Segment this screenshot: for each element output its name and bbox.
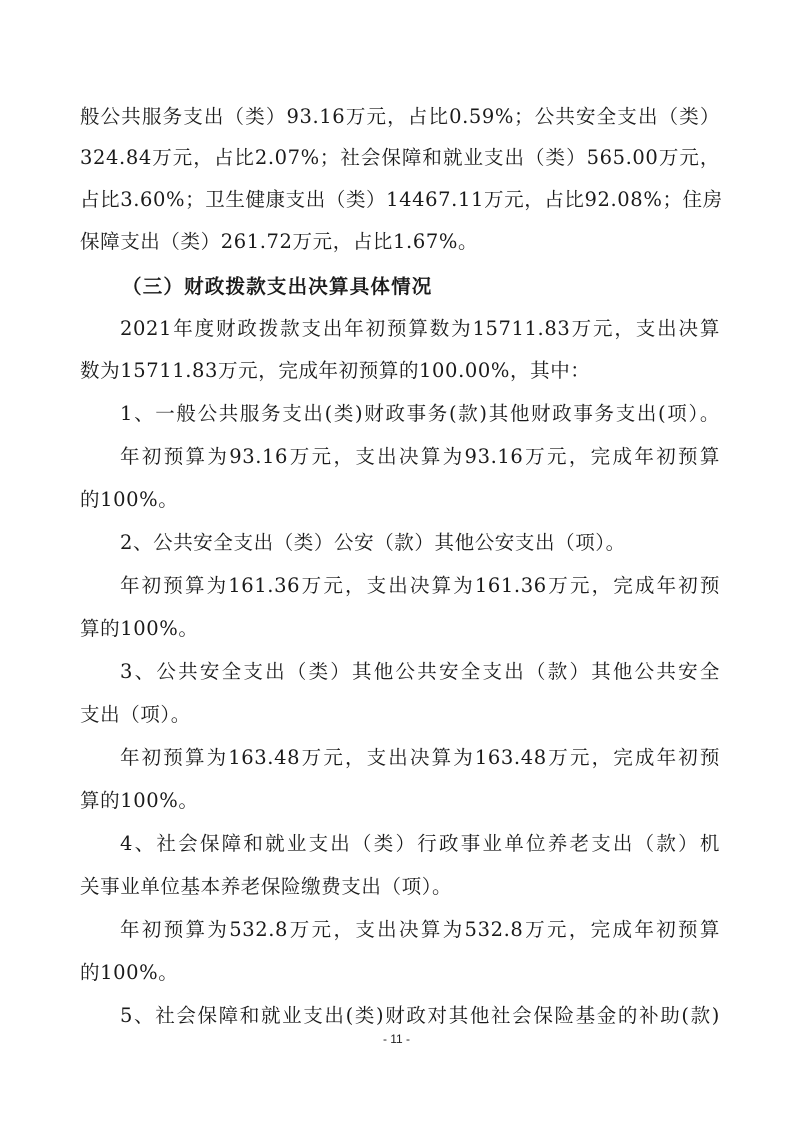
paragraph-line: 年初预算为161.36万元，支出决算为161.36万元，完成年初预 [120,572,720,600]
list-item-heading: 5、社会保障和就业支出(类)财政对其他社会保险基金的补助(款) [120,1002,720,1030]
paragraph-line: 数为15711.83万元，完成年初预算的100.00%，其中： [80,357,720,385]
paragraph-line: 年初预算为163.48万元，支出决算为163.48万元，完成年初预 [120,744,720,772]
paragraph-line: 支出（项）。 [80,701,720,729]
list-item-heading: 2、公共安全支出（类）公安（款）其他公安支出（项）。 [120,529,720,557]
paragraph-line: 的100%。 [80,959,720,987]
page-number: - 11 - [0,1032,793,1046]
paragraph-line: 算的100%。 [80,615,720,643]
paragraph-line: 的100%。 [80,486,720,514]
paragraph-line: 324.84万元，占比2.07%；社会保障和就业支出（类）565.00万元， [80,144,720,172]
paragraph-line: 年初预算为93.16万元，支出决算为93.16万元，完成年初预算 [120,443,720,471]
section-heading: （三）财政拨款支出决算具体情况 [122,273,762,301]
list-item-heading: 3、公共安全支出（类）其他公共安全支出（款）其他公共安全 [120,658,720,686]
list-item-heading: 1、一般公共服务支出(类)财政事务(款)其他财政事务支出(项）。 [120,400,720,428]
paragraph-line: 关事业单位基本养老保险缴费支出（项）。 [80,873,720,901]
paragraph-line: 年初预算为532.8万元，支出决算为532.8万元，完成年初预算 [120,916,720,944]
paragraph-line: 算的100%。 [80,787,720,815]
paragraph-line: 占比3.60%；卫生健康支出（类）14467.11万元，占比92.08%；住房 [80,186,720,214]
list-item-heading: 4、社会保障和就业支出（类）行政事业单位养老支出（款）机 [120,830,720,858]
document-page: 般公共服务支出（类）93.16万元，占比0.59%；公共安全支出（类） 324.… [0,0,793,1122]
paragraph-line: 保障支出（类）261.72万元，占比1.67%。 [80,228,720,256]
paragraph-line: 般公共服务支出（类）93.16万元，占比0.59%；公共安全支出（类） [80,103,720,131]
paragraph-line: 2021年度财政拨款支出年初预算数为15711.83万元，支出决算 [120,315,720,343]
